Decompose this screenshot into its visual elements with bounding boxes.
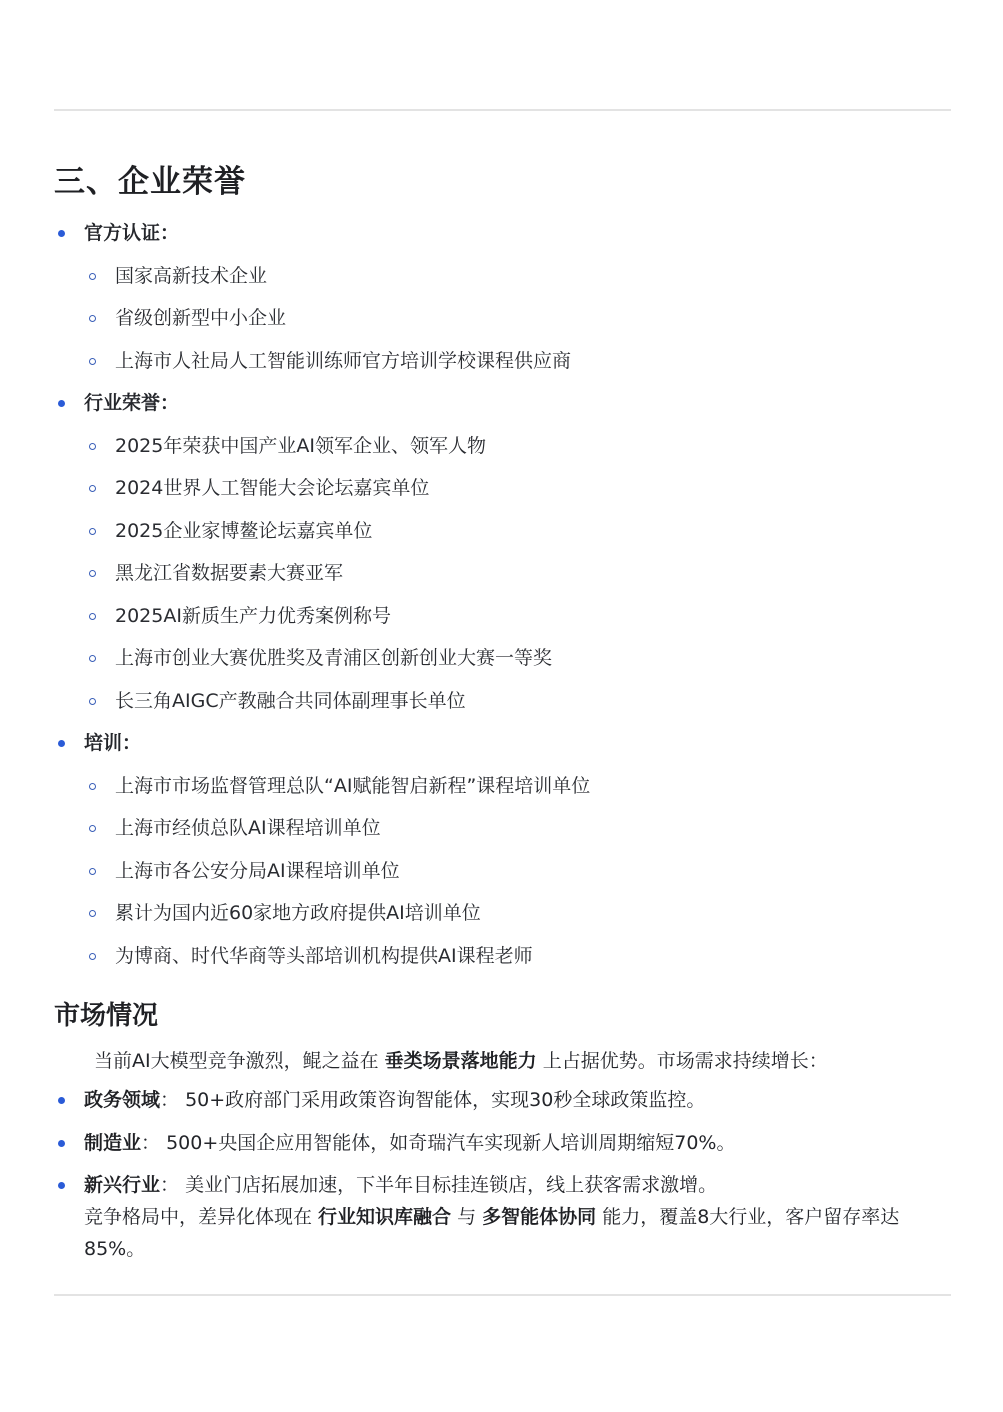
list-item: 2024世界人工智能大会论坛嘉宾单位 <box>54 467 951 510</box>
bullet-hollow-icon <box>89 315 96 322</box>
bullet-filled-icon <box>58 1182 65 1189</box>
list-item: 上海市经侦总队AI课程培训单位 <box>54 807 951 850</box>
bullet-hollow-icon <box>89 273 96 280</box>
market-list: 政务领域： 50+政府部门采用政策咨询智能体，实现30秒全球政策监控。 制造业：… <box>54 1084 951 1276</box>
group-label: 官方认证： <box>84 222 179 244</box>
bullet-hollow-icon <box>89 868 96 875</box>
intro-text: 当前AI大模型竞争激烈，鲲之益在 <box>94 1050 385 1072</box>
competition-text: 竞争格局中，差异化体现在 <box>84 1206 318 1228</box>
market-item-government: 政务领域： 50+政府部门采用政策咨询智能体，实现30秒全球政策监控。 <box>54 1084 951 1116</box>
list-item: 上海市各公安分局AI课程培训单位 <box>54 850 951 893</box>
bullet-hollow-icon <box>89 655 96 662</box>
list-item: 省级创新型中小企业 <box>54 297 951 340</box>
list-item-text: 上海市创业大赛优胜奖及青浦区创新创业大赛一等奖 <box>115 647 552 669</box>
bullet-hollow-icon <box>89 443 96 450</box>
market-item-text: 500+央国企应用智能体，如奇瑞汽车实现新人培训周期缩短70%。 <box>166 1132 735 1154</box>
list-item-text: 上海市人社局人工智能训练师官方培训学校课程供应商 <box>115 350 571 372</box>
bullet-hollow-icon <box>89 783 96 790</box>
bullet-hollow-icon <box>89 613 96 620</box>
list-item: 2025年荣获中国产业AI领军企业、领军人物 <box>54 425 951 468</box>
list-item: 黑龙江省数据要素大赛亚军 <box>54 552 951 595</box>
list-item: 上海市人社局人工智能训练师官方培训学校课程供应商 <box>54 340 951 383</box>
list-item: 上海市市场监督管理总队“AI赋能智启新程”课程培训单位 <box>54 765 951 808</box>
bullet-hollow-icon <box>89 528 96 535</box>
group-label: 行业荣誉： <box>84 392 179 414</box>
list-item: 长三角AIGC产教融合共同体副理事长单位 <box>54 680 951 723</box>
group-industry-honors: 行业荣誉： <box>54 382 951 425</box>
list-item-text: 累计为国内近60家地方政府提供AI培训单位 <box>115 902 481 924</box>
market-item-manufacturing: 制造业： 500+央国企应用智能体，如奇瑞汽车实现新人培训周期缩短70%。 <box>54 1127 951 1159</box>
group-training: 培训： <box>54 722 951 765</box>
competition-highlight: 多智能体协同 <box>482 1206 596 1228</box>
list-item-text: 国家高新技术企业 <box>115 265 267 287</box>
top-divider <box>54 109 951 111</box>
list-item-text: 2025AI新质生产力优秀案例称号 <box>115 605 391 627</box>
honors-list: 官方认证： 国家高新技术企业 省级创新型中小企业 上海市人社局人工智能训练师官方… <box>54 212 951 977</box>
list-item-text: 为博商、时代华商等头部培训机构提供AI课程老师 <box>115 945 533 967</box>
separator: ： <box>160 1089 185 1111</box>
bullet-hollow-icon <box>89 953 96 960</box>
section-title-market: 市场情况 <box>54 996 158 1036</box>
competition-text: 与 <box>451 1206 482 1228</box>
section-title-honors: 三、企业荣誉 <box>54 160 246 204</box>
list-item-text: 省级创新型中小企业 <box>115 307 286 329</box>
group-label: 培训： <box>84 732 141 754</box>
bullet-hollow-icon <box>89 910 96 917</box>
bullet-filled-icon <box>58 1097 65 1104</box>
market-item-text: 美业门店拓展加速，下半年目标挂连锁店，线上获客需求激增。 <box>185 1174 717 1196</box>
list-item-text: 上海市市场监督管理总队“AI赋能智启新程”课程培训单位 <box>115 775 590 797</box>
list-item-text: 长三角AIGC产教融合共同体副理事长单位 <box>115 690 466 712</box>
list-item: 国家高新技术企业 <box>54 255 951 298</box>
bullet-hollow-icon <box>89 570 96 577</box>
bullet-filled-icon <box>58 740 65 747</box>
bottom-divider <box>54 1294 951 1296</box>
separator: ： <box>160 1174 185 1196</box>
list-item-text: 上海市各公安分局AI课程培训单位 <box>115 860 400 882</box>
market-item-label: 政务领域 <box>84 1089 160 1111</box>
market-item-text: 50+政府部门采用政策咨询智能体，实现30秒全球政策监控。 <box>185 1089 705 1111</box>
separator: ： <box>141 1132 166 1154</box>
market-item-label: 新兴行业 <box>84 1174 160 1196</box>
list-item-text: 黑龙江省数据要素大赛亚军 <box>115 562 343 584</box>
list-item: 上海市创业大赛优胜奖及青浦区创新创业大赛一等奖 <box>54 637 951 680</box>
bullet-hollow-icon <box>89 358 96 365</box>
bullet-filled-icon <box>58 1140 65 1147</box>
list-item: 累计为国内近60家地方政府提供AI培训单位 <box>54 892 951 935</box>
bullet-filled-icon <box>58 400 65 407</box>
list-item-text: 上海市经侦总队AI课程培训单位 <box>115 817 381 839</box>
list-item-text: 2025年荣获中国产业AI领军企业、领军人物 <box>115 435 486 457</box>
bullet-hollow-icon <box>89 485 96 492</box>
list-item: 2025AI新质生产力优秀案例称号 <box>54 595 951 638</box>
list-item: 2025企业家博鳌论坛嘉宾单位 <box>54 510 951 553</box>
bullet-filled-icon <box>58 230 65 237</box>
intro-highlight: 垂类场景落地能力 <box>385 1050 537 1072</box>
market-item-emerging: 新兴行业： 美业门店拓展加速，下半年目标挂连锁店，线上获客需求激增。竞争格局中，… <box>54 1169 951 1265</box>
list-item-text: 2024世界人工智能大会论坛嘉宾单位 <box>115 477 429 499</box>
list-item: 为博商、时代华商等头部培训机构提供AI课程老师 <box>54 935 951 978</box>
market-item-label: 制造业 <box>84 1132 141 1154</box>
bullet-hollow-icon <box>89 825 96 832</box>
group-official-certification: 官方认证： <box>54 212 951 255</box>
list-item-text: 2025企业家博鳌论坛嘉宾单位 <box>115 520 372 542</box>
market-intro: 当前AI大模型竞争激烈，鲲之益在 垂类场景落地能力 上占据优势。市场需求持续增长… <box>94 1043 828 1079</box>
competition-highlight: 行业知识库融合 <box>318 1206 451 1228</box>
bullet-hollow-icon <box>89 698 96 705</box>
intro-text: 上占据优势。市场需求持续增长： <box>537 1050 828 1072</box>
